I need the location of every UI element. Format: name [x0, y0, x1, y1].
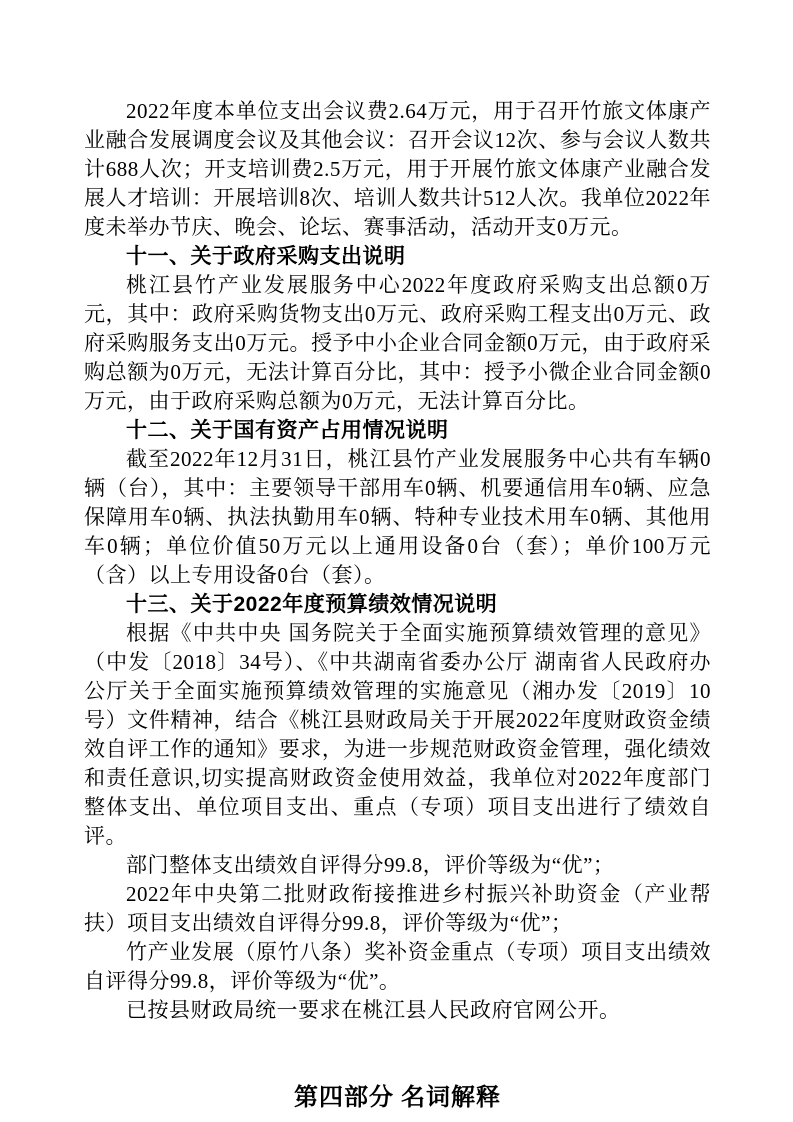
heading-section-12-state-assets: 十二、关于国有资产占用情况说明 — [84, 416, 711, 445]
paragraph-meeting-training-expense: 2022年度本单位支出会议费2.64万元，用于召开竹旅文体康产业融合发展调度会议… — [84, 97, 711, 242]
paragraph-rural-revitalization-score: 2022年中央第二批财政衔接推进乡村振兴补助资金（产业帮扶）项目支出绩效自评得分… — [84, 880, 711, 938]
document-content: 2022年度本单位支出会议费2.64万元，用于召开竹旅文体康产业融合发展调度会议… — [84, 97, 711, 1114]
heading-section-11-government-procurement: 十一、关于政府采购支出说明 — [84, 242, 711, 271]
paragraph-publication-statement: 已按县财政局统一要求在桃江县人民政府官网公开。 — [84, 996, 711, 1025]
heading-section-13-budget-performance: 十三、关于2022年度预算绩效情况说明 — [84, 590, 711, 619]
part-4-title-glossary: 第四部分 名词解释 — [84, 1082, 711, 1114]
paragraph-government-procurement-detail: 桃江县竹产业发展服务中心2022年度政府采购支出总额0万元，其中：政府采购货物支… — [84, 271, 711, 416]
document-page: 2022年度本单位支出会议费2.64万元，用于召开竹旅文体康产业融合发展调度会议… — [0, 0, 793, 1122]
paragraph-state-assets-detail: 截至2022年12月31日，桃江县竹产业发展服务中心共有车辆0辆（台），其中：主… — [84, 445, 711, 590]
paragraph-performance-basis: 根据《中共中央 国务院关于全面实施预算绩效管理的意见》（中发〔2018〕34号）… — [84, 619, 711, 851]
paragraph-department-overall-score: 部门整体支出绩效自评得分99.8，评价等级为“优”； — [84, 851, 711, 880]
paragraph-bamboo-industry-score: 竹产业发展（原竹八条）奖补资金重点（专项）项目支出绩效自评得分99.8，评价等级… — [84, 938, 711, 996]
